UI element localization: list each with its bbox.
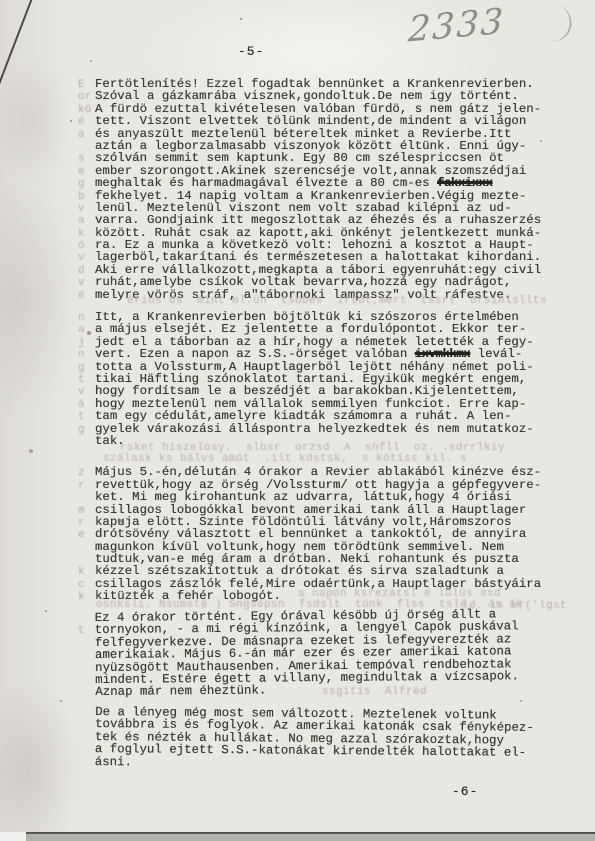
margin-bleed-mark: v [78, 252, 85, 264]
margin-bleed-mark: a [78, 129, 85, 141]
margin-bleed-mark: t [78, 411, 85, 423]
margin-bleed-mark: a [78, 215, 85, 227]
margin-bleed-mark: é [78, 290, 85, 302]
margin-bleed-mark: r [78, 480, 85, 492]
bleed-through-text: érios ds mint ml.üh tsbbes irtót,mert ts… [127, 296, 547, 307]
bleed-through-text: ld. is br('lgst [462, 601, 567, 612]
paragraph: zMájus 5.-én,délután 4 órakor a Revier a… [95, 466, 557, 602]
text-segment: gyelek várakozási álláspontra helyezkedt… [95, 422, 534, 436]
paragraph: nItt, a Krankenrevierben böjtöltük ki sz… [95, 311, 557, 447]
bleed-through-text: szálask ks bálvs amót .ilt kdstsk, s köt… [103, 454, 467, 465]
scan-edge-band [0, 832, 595, 841]
text-segment: ásni. [95, 755, 132, 769]
text-line: ggyelek várakozási álláspontra helyezked… [95, 423, 557, 435]
scanned-document-page: -5- 2333 EFertötlenítés! Ezzel fogadtak … [0, 0, 595, 841]
margin-bleed-mark: k [78, 566, 85, 578]
scan-edge-notch [0, 832, 26, 841]
margin-bleed-mark: g [78, 424, 85, 436]
handwritten-number: 2333 [407, 2, 506, 51]
margin-bleed-mark: t [78, 625, 85, 637]
margin-bleed-mark: m [78, 505, 85, 517]
bleed-through-text: ssgitis Alfréd [322, 687, 427, 698]
bleed-through-text: osnksli. Nsumsté ) Sngsépsn fsdslt tünk … [96, 600, 523, 611]
margin-bleed-mark: z [78, 467, 85, 479]
paper-specks [0, 0, 2, 2]
margin-bleed-mark: n [78, 349, 85, 361]
margin-bleed-mark: or [78, 91, 91, 103]
margin-bleed-mark: b [78, 191, 85, 203]
scan-artifact-line [0, 0, 34, 85]
margin-bleed-mark: j [78, 337, 85, 349]
margin-bleed-mark: v [78, 277, 85, 289]
page-number-top: -5- [238, 44, 264, 59]
text-line: ásni. [95, 756, 557, 772]
paragraph: EFertötlenítés! Ezzel fogadtak bennünket… [95, 78, 557, 301]
margin-bleed-mark: g [78, 178, 85, 190]
margin-bleed-mark: é [78, 116, 85, 128]
margin-bleed-mark: k [78, 228, 85, 240]
margin-bleed-mark: á [78, 399, 85, 411]
margin-bleed-mark: v [78, 203, 85, 215]
margin-bleed-mark: e [78, 166, 85, 178]
margin-bleed-mark: E [78, 79, 85, 91]
margin-bleed-mark: r [78, 517, 85, 529]
pen-stroke-mark [522, 0, 576, 45]
margin-bleed-mark: k [78, 591, 85, 603]
margin-bleed-mark: kö [78, 104, 91, 116]
margin-bleed-mark: s [78, 153, 85, 165]
paragraph: Ez 4 órakor történt. Egy órával késöbb ú… [95, 608, 558, 699]
text-segment: Aznap már nem éheztünk. [95, 683, 266, 698]
margin-bleed-mark: a [78, 324, 85, 336]
document-body: EFertötlenítés! Ezzel fogadtak bennünket… [95, 78, 557, 768]
margin-bleed-mark: c [78, 579, 85, 591]
paragraph: De a lényeg még most sem változott. Mezt… [95, 706, 558, 772]
margin-bleed-mark: e [78, 529, 85, 541]
margin-bleed-mark: v [78, 386, 85, 398]
page-number-bottom: -6- [452, 784, 478, 799]
margin-bleed-mark: n [78, 312, 85, 324]
margin-bleed-mark: d [78, 265, 85, 277]
margin-bleed-mark: ó [78, 240, 85, 252]
margin-bleed-mark: t [78, 374, 85, 386]
margin-bleed-mark: g [78, 362, 85, 374]
